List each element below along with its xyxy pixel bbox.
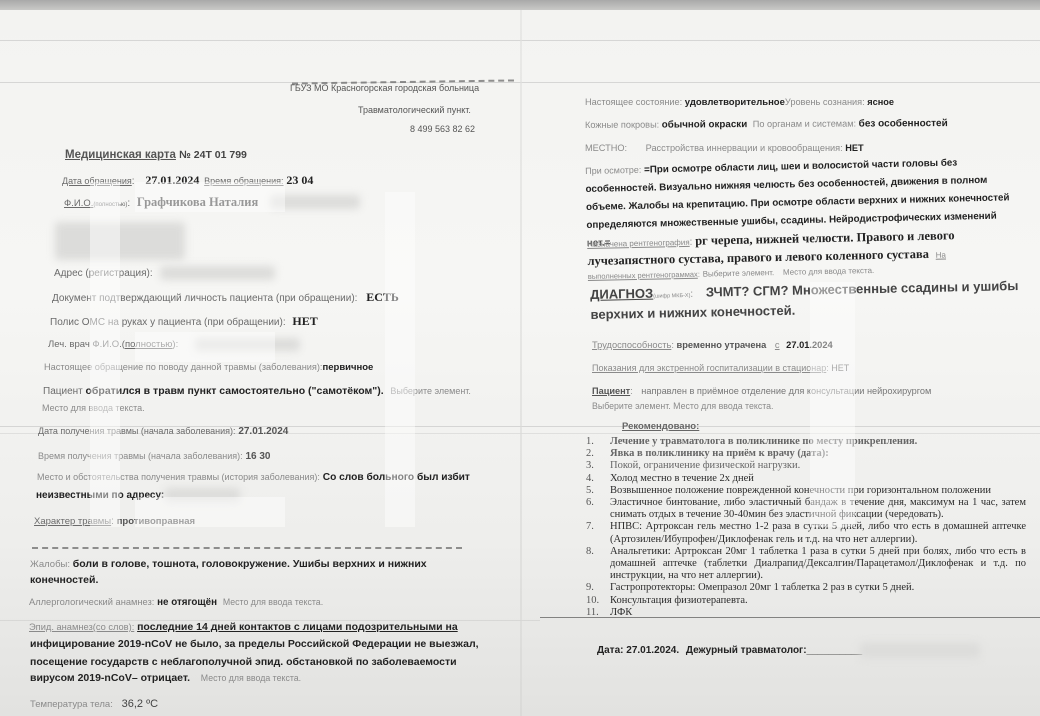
visit-type-value: первичное bbox=[323, 362, 374, 373]
hospitalization-row: Показания для экстренной госпитализации … bbox=[592, 363, 849, 373]
innervation-value: НЕТ bbox=[845, 143, 863, 153]
injury-date-row: Дата получения травмы (начала заболевани… bbox=[38, 426, 288, 437]
injury-date-value: 27.01.2024 bbox=[238, 426, 288, 437]
temperature-label: Температура тела: bbox=[30, 699, 113, 710]
diagnosis-label: ДИАГНОЗ bbox=[590, 286, 653, 302]
work-capacity-date: 27.01.2024 bbox=[786, 340, 833, 350]
state-label: Настоящее состояние: bbox=[585, 97, 682, 107]
innervation-label: Расстройства иннервации и кровообращения… bbox=[646, 143, 843, 153]
epid-row: Эпид. анамнез(со слов): последние 14 дне… bbox=[29, 621, 458, 633]
footer-date-label: Дата: bbox=[597, 645, 623, 656]
circumstances-row: Место и обстоятельства получения травмы … bbox=[37, 472, 470, 483]
diagnosis-code-label: (шифр МКБ-X) bbox=[653, 293, 690, 300]
complaints-value-line2: конечностей. bbox=[30, 574, 98, 586]
circumstances-label: Место и обстоятельства получения травмы … bbox=[37, 472, 320, 482]
id-document-value: ЕСТЬ bbox=[366, 290, 399, 304]
doctor-row: Леч. врач Ф.И.О.(полностью): bbox=[48, 339, 178, 350]
recommendation-text: НПВС: Артроксан гель местно 1-2 раза в с… bbox=[610, 521, 1026, 545]
card-label: Медицинская карта bbox=[65, 149, 176, 161]
recommendation-item: 3.Покой, ограничение физической нагрузки… bbox=[586, 460, 1026, 472]
recommended-title: Рекомендовано: bbox=[622, 421, 699, 432]
recommendation-item: 1.Лечение у травматолога в поликлинике п… bbox=[586, 436, 1026, 448]
xray-label: Назначена рентгенография bbox=[587, 238, 690, 249]
xray-text-placeholder[interactable]: Место для ввода текста. bbox=[783, 266, 874, 277]
recommendation-number: 2. bbox=[586, 448, 610, 460]
referral-select-placeholder[interactable]: Выберите элемент. bbox=[592, 401, 671, 411]
footer-row: Дата: 27.01.2024. Дежурный травматолог:_… bbox=[597, 645, 862, 656]
injury-time-value: 16 30 bbox=[245, 451, 270, 462]
epid-line2: инфицирование 2019-nCoV не было, за пред… bbox=[30, 638, 479, 650]
work-capacity-label: Трудоспособность bbox=[592, 340, 671, 350]
skin-label: Кожные покровы: bbox=[585, 120, 659, 130]
recommendation-item: 6.Эластичное бинтование, либо эластичный… bbox=[586, 497, 1026, 521]
arrival-placeholder[interactable]: Выберите элемент. bbox=[390, 386, 471, 396]
state-value: удовлетворительное bbox=[685, 97, 785, 108]
id-document-row: Документ подтверждающий личность пациент… bbox=[52, 290, 399, 305]
id-document-label: Документ подтверждающий личность пациент… bbox=[52, 293, 357, 304]
oms-policy-row: Полис ОМС на руках у пациента (при обращ… bbox=[50, 314, 318, 329]
recommendation-number: 10. bbox=[586, 595, 610, 607]
arrival-label: Пациент bbox=[43, 386, 83, 397]
recommendation-number: 11. bbox=[586, 607, 610, 619]
page-fold bbox=[520, 10, 522, 716]
visit-time-label: Время обращения: bbox=[204, 176, 283, 186]
injury-date-label: Дата получения травмы (начала заболевани… bbox=[38, 426, 236, 436]
oms-policy-label: Полис ОМС на руках у пациента (при обращ… bbox=[50, 317, 286, 328]
recommendation-text: Лечение у травматолога в поликлинике по … bbox=[610, 436, 1026, 448]
redacted-birthdate bbox=[55, 222, 185, 260]
visit-time-value: 23 04 bbox=[286, 173, 313, 187]
recommendation-item: 2.Явка в поликлинику на приём к врачу (д… bbox=[586, 448, 1026, 460]
address-label: Адрес (регистрация): bbox=[54, 268, 153, 279]
epid-label: Эпид. анамнез(со слов): bbox=[29, 622, 134, 632]
recommendation-text: Гастропротекторы: Омепразол 20мг 1 табле… bbox=[610, 582, 1026, 594]
footer-doctor-label: Дежурный травматолог: bbox=[686, 645, 807, 656]
visit-type-row: Настоящее обращение по поводу данной тра… bbox=[44, 362, 373, 373]
consciousness-label: Уровень сознания: bbox=[785, 97, 865, 107]
epid-line1: последние 14 дней контактов с лицами под… bbox=[137, 621, 458, 633]
referral-label: Пациент bbox=[592, 386, 630, 396]
arrival-value: обратился в травм пункт самостоятельно (… bbox=[86, 385, 384, 397]
recommendation-number: 8. bbox=[586, 546, 610, 583]
signature-line[interactable]: __________ bbox=[807, 645, 863, 656]
footer-date-value: 27.01.2024. bbox=[626, 645, 679, 656]
hospital-name: ГБУЗ МО Красногорская городская больница bbox=[290, 83, 479, 93]
visit-date-value: 27.01.2024 bbox=[145, 173, 199, 187]
hospitalization-value: НЕТ bbox=[831, 363, 849, 373]
recommendation-item: 5.Возвышенное положение поврежденной кон… bbox=[586, 485, 1026, 497]
referral-placeholders: Выберите элемент. Место для ввода текста… bbox=[592, 401, 773, 411]
epid-line4-row: вирусом 2019-nCoV– отрицает. Место для в… bbox=[30, 672, 301, 684]
arrival-row: Пациент обратился в травм пункт самостоя… bbox=[43, 385, 471, 397]
oms-policy-value: НЕТ bbox=[292, 314, 317, 328]
allergy-label: Аллергологический анамнез: bbox=[29, 597, 154, 607]
dashed-separator bbox=[32, 547, 462, 549]
local-label: МЕСТНО: bbox=[585, 143, 627, 153]
organs-label: По органам и системам: bbox=[753, 119, 856, 130]
circumstances-value-line2: неизвестными по адресу: bbox=[36, 490, 164, 501]
temperature-value: 36,2 ºC bbox=[122, 698, 158, 710]
department-name: Травматологический пункт. bbox=[358, 105, 471, 115]
consciousness-value: ясное bbox=[867, 97, 894, 107]
recommendation-text: Холод местно в течение 2х дней bbox=[610, 473, 1026, 485]
skin-row: Кожные покровы: обычной окраски По орган… bbox=[585, 118, 948, 131]
referral-text-placeholder[interactable]: Место для ввода текста. bbox=[673, 401, 773, 411]
xray-block: Назначена рентгенография: рг черепа, ниж… bbox=[587, 227, 1028, 282]
state-row: Настоящее состояние: удовлетворительноеУ… bbox=[585, 97, 894, 108]
recommendation-item: 11.ЛФК bbox=[586, 607, 1026, 619]
epid-line4: вирусом 2019-nCoV– отрицает. bbox=[30, 672, 190, 684]
recommendation-text: Явка в поликлинику на приём к врачу (дат… bbox=[610, 448, 1026, 460]
recommendation-item: 10.Консультация физиотерапевта. bbox=[586, 595, 1026, 607]
recommendation-number: 3. bbox=[586, 460, 610, 472]
recommendations-list: 1.Лечение у травматолога в поликлинике п… bbox=[586, 436, 1026, 619]
complaints-label: Жалобы: bbox=[30, 559, 70, 570]
injury-type-label: Характер травмы bbox=[34, 516, 111, 527]
recommendation-number: 6. bbox=[586, 497, 610, 521]
recommendation-text: Возвышенное положение поврежденной конеч… bbox=[610, 485, 1026, 497]
visit-date-label: Дата обращения bbox=[62, 176, 132, 186]
recommendation-text: Эластичное бинтование, либо эластичный б… bbox=[610, 497, 1026, 521]
exam-label: При осмотре: bbox=[585, 165, 641, 176]
recommendation-item: 9.Гастропротекторы: Омепразол 20мг 1 таб… bbox=[586, 582, 1026, 594]
recommendation-item: 7.НПВС: Артроксан гель местно 1-2 раза в… bbox=[586, 521, 1026, 545]
work-capacity-value: временно утрачена bbox=[677, 340, 767, 350]
recommendation-number: 4. bbox=[586, 473, 610, 485]
patient-name-sub: (полностью) bbox=[93, 202, 127, 208]
epid-placeholder[interactable]: Место для ввода текста. bbox=[201, 673, 301, 683]
redacted-doctor bbox=[195, 338, 300, 351]
epid-line3: посещение государств с неблагополучной э… bbox=[30, 656, 457, 668]
circumstances-value: Со слов больного был избит bbox=[323, 472, 470, 483]
injury-type-row: Характер травмы: противоправная bbox=[34, 516, 195, 527]
allergy-row: Аллергологический анамнез: не отягощён М… bbox=[29, 597, 323, 608]
hospitalization-label: Показания для экстренной госпитализации … bbox=[592, 363, 826, 373]
xray-select-placeholder[interactable]: Выберите элемент. bbox=[703, 268, 775, 278]
visit-type-label: Настоящее обращение по поводу данной тра… bbox=[44, 362, 323, 372]
referral-value: направлен в приёмное отделение для консу… bbox=[641, 386, 931, 396]
patient-name-row: Ф.И.О.(полностью): Графчикова Наталия bbox=[64, 195, 258, 210]
phone-number: 8 499 563 82 62 bbox=[410, 124, 475, 134]
recommendation-text: Покой, ограничение физической нагрузки. bbox=[610, 460, 1026, 472]
local-row: МЕСТНО: Расстройства иннервации и кровоо… bbox=[585, 143, 864, 153]
doctor-label-underlined: полностью bbox=[125, 339, 172, 350]
recommendation-item: 8.Анальгетики: Артроксан 20мг 1 таблетка… bbox=[586, 546, 1026, 583]
organs-value: без особенностей bbox=[859, 118, 948, 129]
patient-name-label: Ф.И.О. bbox=[64, 198, 93, 209]
injury-time-label: Время получения травмы (начала заболеван… bbox=[38, 451, 243, 461]
injury-type-value: противоправная bbox=[117, 516, 195, 527]
recommendation-number: 9. bbox=[586, 582, 610, 594]
allergy-value: не отягощён bbox=[157, 597, 217, 608]
recommendation-number: 5. bbox=[586, 485, 610, 497]
complaints-row: Жалобы: боли в голове, тошнота, головокр… bbox=[30, 558, 427, 570]
temperature-row: Температура тела: 36,2 ºC bbox=[30, 698, 158, 710]
patient-name-value: Графчикова Наталия bbox=[137, 195, 258, 209]
visit-date-row: Дата обращения: 27.01.2024 Время обращен… bbox=[62, 173, 313, 188]
xray-results-label-cont: выполненных рентгенограммах bbox=[588, 270, 698, 281]
recommendation-text: Анальгетики: Артроксан 20мг 1 таблетка 1… bbox=[610, 546, 1026, 583]
recommendation-text: Консультация физиотерапевта. bbox=[610, 595, 1026, 607]
redacted-surname bbox=[270, 195, 360, 209]
arrival-text-placeholder[interactable]: Место для ввода текста. bbox=[42, 403, 145, 413]
redacted-address bbox=[160, 266, 275, 280]
referral-row: Пациент: направлен в приёмное отделение … bbox=[592, 386, 931, 396]
redacted-doctor-name bbox=[860, 643, 980, 658]
redacted-incident-address bbox=[165, 488, 240, 502]
recommendation-number: 1. bbox=[586, 436, 610, 448]
work-capacity-row: Трудоспособность: временно утрачена с 27… bbox=[592, 340, 833, 350]
complaints-value: боли в голове, тошнота, головокружение. … bbox=[73, 558, 427, 570]
xray-results-label: На bbox=[936, 250, 946, 259]
injury-time-row: Время получения травмы (начала заболеван… bbox=[38, 451, 271, 462]
skin-value: обычной окраски bbox=[662, 119, 747, 130]
recommendation-number: 7. bbox=[586, 521, 610, 545]
doctor-label-end: ): bbox=[172, 339, 178, 350]
recommendation-item: 4.Холод местно в течение 2х дней bbox=[586, 473, 1026, 485]
card-title: Медицинская карта № 24Т 01 799 bbox=[65, 149, 247, 161]
allergy-placeholder[interactable]: Место для ввода текста. bbox=[223, 597, 323, 607]
doctor-label: Леч. врач Ф.И.О.( bbox=[48, 339, 125, 350]
card-number: № 24Т 01 799 bbox=[179, 149, 247, 161]
recommendation-text: ЛФК bbox=[610, 607, 1026, 619]
work-capacity-from: с bbox=[775, 340, 780, 350]
